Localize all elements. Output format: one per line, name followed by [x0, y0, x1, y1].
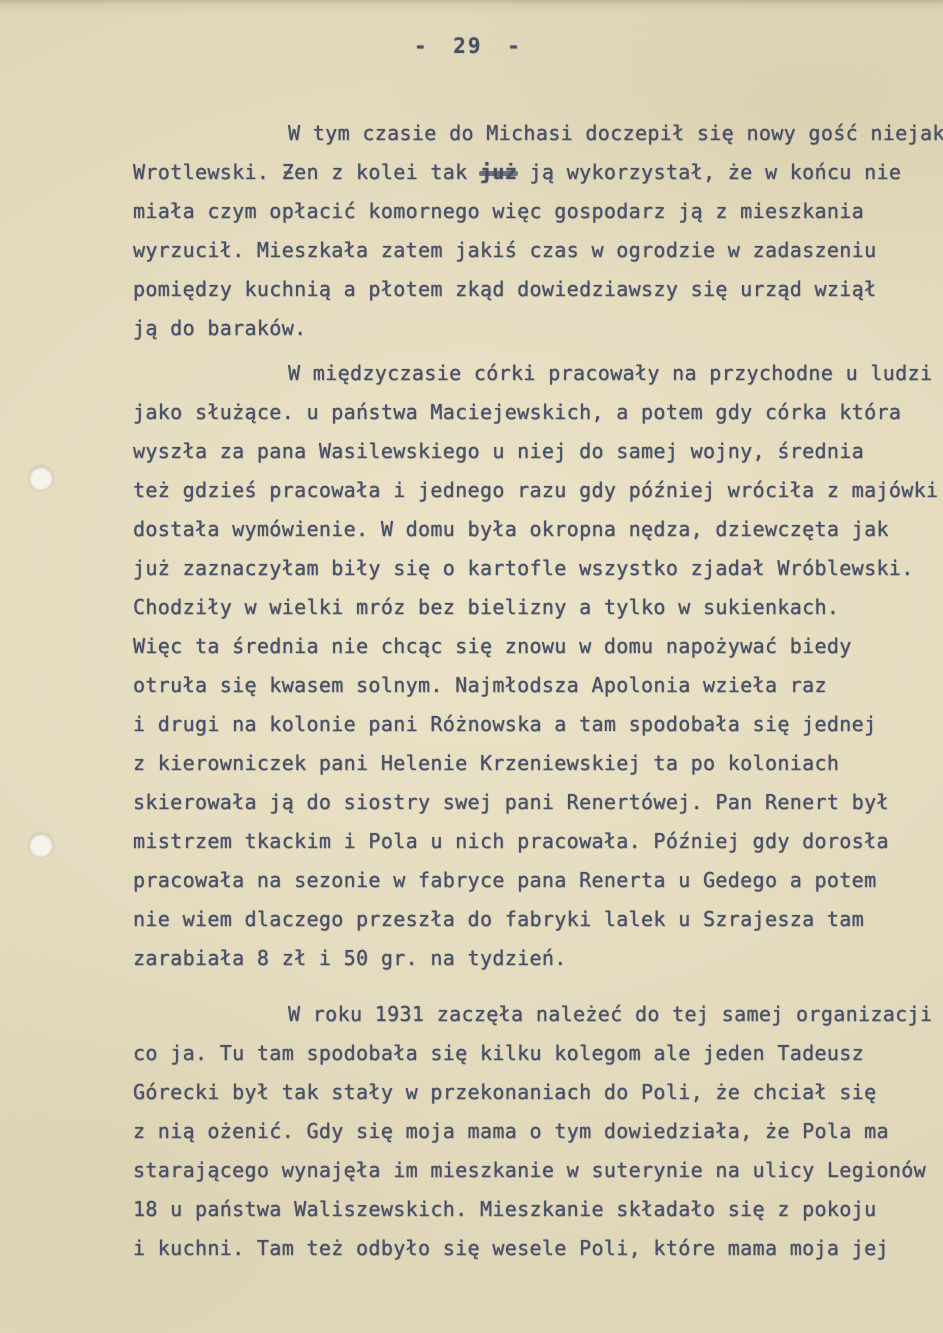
text-segment: zarabiała 8 zł i 50 gr. na tydzień. — [133, 946, 567, 970]
hole-punch-bottom — [29, 833, 53, 857]
text-segment: wyszła za pana Wasilewskiego u niej do s… — [133, 439, 864, 463]
text-line: co ja. Tu tam spodobała się kilku kolego… — [133, 1034, 943, 1073]
text-segment: 18 u państwa Waliszewskich. Mieszkanie s… — [133, 1197, 876, 1221]
text-segment: co ja. Tu tam spodobała się kilku kolego… — [133, 1041, 864, 1065]
text-segment: wyrzucił. Mieszkała zatem jakiś czas w o… — [133, 238, 876, 262]
text-line: też gdzieś pracowała i jednego razu gdy … — [133, 471, 943, 510]
document-page: - 29 - W tym czasie do Michasi doczepił … — [0, 0, 943, 1333]
text-segment: W międzyczasie córki pracowały na przych… — [288, 361, 932, 385]
text-segment: miała czym opłacić komornego więc gospod… — [133, 199, 864, 223]
text-segment: pracowała na sezonie w fabryce pana Rene… — [133, 868, 876, 892]
struck-word: już — [480, 160, 517, 184]
text-segment: jako służące. u państwa Maciejewskich, a… — [133, 400, 901, 424]
text-line: jako służące. u państwa Maciejewskich, a… — [133, 393, 943, 432]
text-segment: Więc ta średnia nie chcąc się znowu w do… — [133, 634, 852, 658]
text-line: mistrzem tkackim i Pola u nich pracowała… — [133, 822, 943, 861]
text-segment: pomiędzy kuchnią a płotem zkąd dowiedzia… — [133, 277, 876, 301]
text-line: wyszła za pana Wasilewskiego u niej do s… — [133, 432, 943, 471]
text-segment: ją do baraków. — [133, 316, 306, 340]
text-segment: i kuchni. Tam też odbyło się wesele Poli… — [133, 1236, 889, 1260]
text-segment: otruła się kwasem solnym. Najmłodsza Apo… — [133, 673, 827, 697]
text-line: W roku 1931 zaczęła należeć do tej samej… — [133, 995, 943, 1034]
text-line: i kuchni. Tam też odbyło się wesele Poli… — [133, 1229, 943, 1268]
text-segment: Górecki był tak stały w przekonaniach do… — [133, 1080, 876, 1104]
hole-punch-top — [29, 466, 53, 490]
text-line: 18 u państwa Waliszewskich. Mieszkanie s… — [133, 1190, 943, 1229]
text-line: i drugi na kolonie pani Różnowska a tam … — [133, 705, 943, 744]
text-segment: W tym czasie do Michasi doczepił się now… — [288, 121, 943, 145]
text-segment: z kierowniczek pani Helenie Krzeniewskie… — [133, 751, 839, 775]
text-line: skierowała ją do siostry swej pani Rener… — [133, 783, 943, 822]
text-segment: ją wykorzystał, że w końcu nie — [517, 160, 901, 184]
text-segment: i drugi na kolonie pani Różnowska a tam … — [133, 712, 876, 736]
text-line: otruła się kwasem solnym. Najmłodsza Apo… — [133, 666, 943, 705]
text-line: W międzyczasie córki pracowały na przych… — [133, 354, 943, 393]
text-segment: W roku 1931 zaczęła należeć do tej samej… — [288, 1002, 932, 1026]
text-segment: dostała wymówienie. W domu była okropna … — [133, 517, 889, 541]
paragraph: W roku 1931 zaczęła należeć do tej samej… — [133, 995, 943, 1268]
text-line: starającego wynajęła im mieszkanie w sut… — [133, 1151, 943, 1190]
page-number: - 29 - — [414, 34, 522, 58]
text-line: zarabiała 8 zł i 50 gr. na tydzień. — [133, 939, 943, 978]
text-line: ją do baraków. — [133, 309, 943, 348]
text-segment: Chodziły w wielki mróz bez bielizny a ty… — [133, 595, 839, 619]
text-segment: nie wiem dlaczego przeszła do fabryki la… — [133, 907, 864, 931]
text-line: wyrzucił. Mieszkała zatem jakiś czas w o… — [133, 231, 943, 270]
text-line: już zaznaczyłam biły się o kartofle wszy… — [133, 549, 943, 588]
paragraph: W tym czasie do Michasi doczepił się now… — [133, 114, 943, 348]
text-line: pracowała na sezonie w fabryce pana Rene… — [133, 861, 943, 900]
text-segment: skierowała ją do siostry swej pani Rener… — [133, 790, 889, 814]
text-line: nie wiem dlaczego przeszła do fabryki la… — [133, 900, 943, 939]
text-line: dostała wymówienie. W domu była okropna … — [133, 510, 943, 549]
text-line: z nią ożenić. Gdy się moja mama o tym do… — [133, 1112, 943, 1151]
text-line: Górecki był tak stały w przekonaniach do… — [133, 1073, 943, 1112]
text-block: W tym czasie do Michasi doczepił się now… — [133, 114, 943, 1268]
text-segment: też gdzieś pracowała i jednego razu gdy … — [133, 478, 938, 502]
text-segment: starającego wynajęła im mieszkanie w sut… — [133, 1158, 926, 1182]
text-segment: Wrotlewski. Ƶen z kolei tak — [133, 160, 480, 184]
text-segment: mistrzem tkackim i Pola u nich pracowała… — [133, 829, 889, 853]
text-line: W tym czasie do Michasi doczepił się now… — [133, 114, 943, 153]
text-line: z kierowniczek pani Helenie Krzeniewskie… — [133, 744, 943, 783]
text-segment: już zaznaczyłam biły się o kartofle wszy… — [133, 556, 914, 580]
text-line: Chodziły w wielki mróz bez bielizny a ty… — [133, 588, 943, 627]
paragraph: W międzyczasie córki pracowały na przych… — [133, 354, 943, 978]
text-line: Wrotlewski. Ƶen z kolei tak już ją wykor… — [133, 153, 943, 192]
text-line: Więc ta średnia nie chcąc się znowu w do… — [133, 627, 943, 666]
text-segment: z nią ożenić. Gdy się moja mama o tym do… — [133, 1119, 889, 1143]
text-line: pomiędzy kuchnią a płotem zkąd dowiedzia… — [133, 270, 943, 309]
text-line: miała czym opłacić komornego więc gospod… — [133, 192, 943, 231]
